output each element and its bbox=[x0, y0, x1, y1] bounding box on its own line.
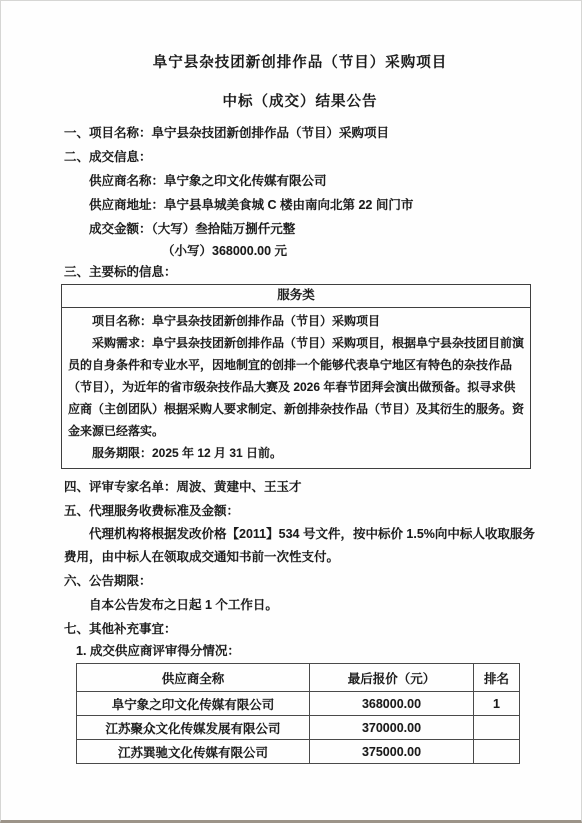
scanned-document-page: 阜宁县杂技团新创排作品（节目）采购项目 中标（成交）结果公告 一、项目名称：阜宁… bbox=[0, 0, 582, 823]
section-5-body: 代理机构将根据发改价格【2011】534 号文件，按中标价 1.5%向中标人收取… bbox=[64, 523, 536, 569]
rank-cell bbox=[474, 740, 520, 764]
supplier-cell: 江苏聚众文化传媒发展有限公司 bbox=[77, 716, 310, 740]
doc-subtitle: 中标（成交）结果公告 bbox=[64, 94, 536, 111]
price-cell: 368000.00 bbox=[310, 692, 474, 716]
amount-capital-line: 成交金额：（大写）叁拾陆万捌仟元整 bbox=[64, 217, 536, 241]
table-row: 江苏巽驰文化传媒有限公司 375000.00 bbox=[77, 740, 520, 764]
section-6-body: 自本公告发布之日起 1 个工作日。 bbox=[64, 593, 536, 617]
section-6-heading: 六、公告期限： bbox=[64, 569, 536, 593]
box-project-name: 项目名称：阜宁县杂技团新创排作品（节目）采购项目 bbox=[68, 310, 524, 332]
score-note-line: 1. 成交供应商评审得分情况： bbox=[64, 641, 536, 661]
amount-small-line: （小写）368000.00 元 bbox=[64, 241, 536, 262]
score-table: 供应商全称 最后报价（元） 排名 阜宁象之印文化传媒有限公司 368000.00… bbox=[76, 663, 520, 764]
supplier-address-line: 供应商地址：阜宁县阜城美食城 C 楼由南向北第 22 间门市 bbox=[64, 193, 536, 217]
box-procurement-requirement: 采购需求：阜宁县杂技团新创排作品（节目）采购项目，根据阜宁县杂技团目前演员的自身… bbox=[68, 332, 524, 442]
section-1-heading: 一、项目名称：阜宁县杂技团新创排作品（节目）采购项目 bbox=[64, 121, 536, 145]
table-row: 阜宁象之印文化传媒有限公司 368000.00 1 bbox=[77, 692, 520, 716]
section-5-heading: 五、代理服务收费标准及金额： bbox=[64, 499, 536, 523]
col-header-rank: 排名 bbox=[474, 664, 520, 692]
col-header-supplier: 供应商全称 bbox=[77, 664, 310, 692]
box-body: 项目名称：阜宁县杂技团新创排作品（节目）采购项目 采购需求：阜宁县杂技团新创排作… bbox=[62, 308, 530, 468]
box-service-period: 服务期限：2025 年 12 月 31 日前。 bbox=[68, 442, 524, 464]
col-header-price: 最后报价（元） bbox=[310, 664, 474, 692]
box-category-header: 服务类 bbox=[62, 285, 530, 308]
rank-cell: 1 bbox=[474, 692, 520, 716]
supplier-cell: 阜宁象之印文化传媒有限公司 bbox=[77, 692, 310, 716]
doc-title: 阜宁县杂技团新创排作品（节目）采购项目 bbox=[64, 55, 536, 72]
section-3-heading: 三、主要标的信息： bbox=[64, 262, 536, 282]
supplier-cell: 江苏巽驰文化传媒有限公司 bbox=[77, 740, 310, 764]
table-row: 江苏聚众文化传媒发展有限公司 370000.00 bbox=[77, 716, 520, 740]
price-cell: 370000.00 bbox=[310, 716, 474, 740]
document-content: 阜宁县杂技团新创排作品（节目）采购项目 中标（成交）结果公告 一、项目名称：阜宁… bbox=[1, 1, 581, 764]
rank-cell bbox=[474, 716, 520, 740]
main-bid-info-box: 服务类 项目名称：阜宁县杂技团新创排作品（节目）采购项目 采购需求：阜宁县杂技团… bbox=[61, 284, 531, 469]
score-table-header-row: 供应商全称 最后报价（元） 排名 bbox=[77, 664, 520, 692]
section-7-heading: 七、其他补充事宜： bbox=[64, 617, 536, 641]
section-2-heading: 二、成交信息： bbox=[64, 145, 536, 169]
price-cell: 375000.00 bbox=[310, 740, 474, 764]
section-4-heading: 四、评审专家名单：周波、黄建中、王玉才 bbox=[64, 475, 536, 499]
supplier-name-line: 供应商名称：阜宁象之印文化传媒有限公司 bbox=[64, 169, 536, 193]
